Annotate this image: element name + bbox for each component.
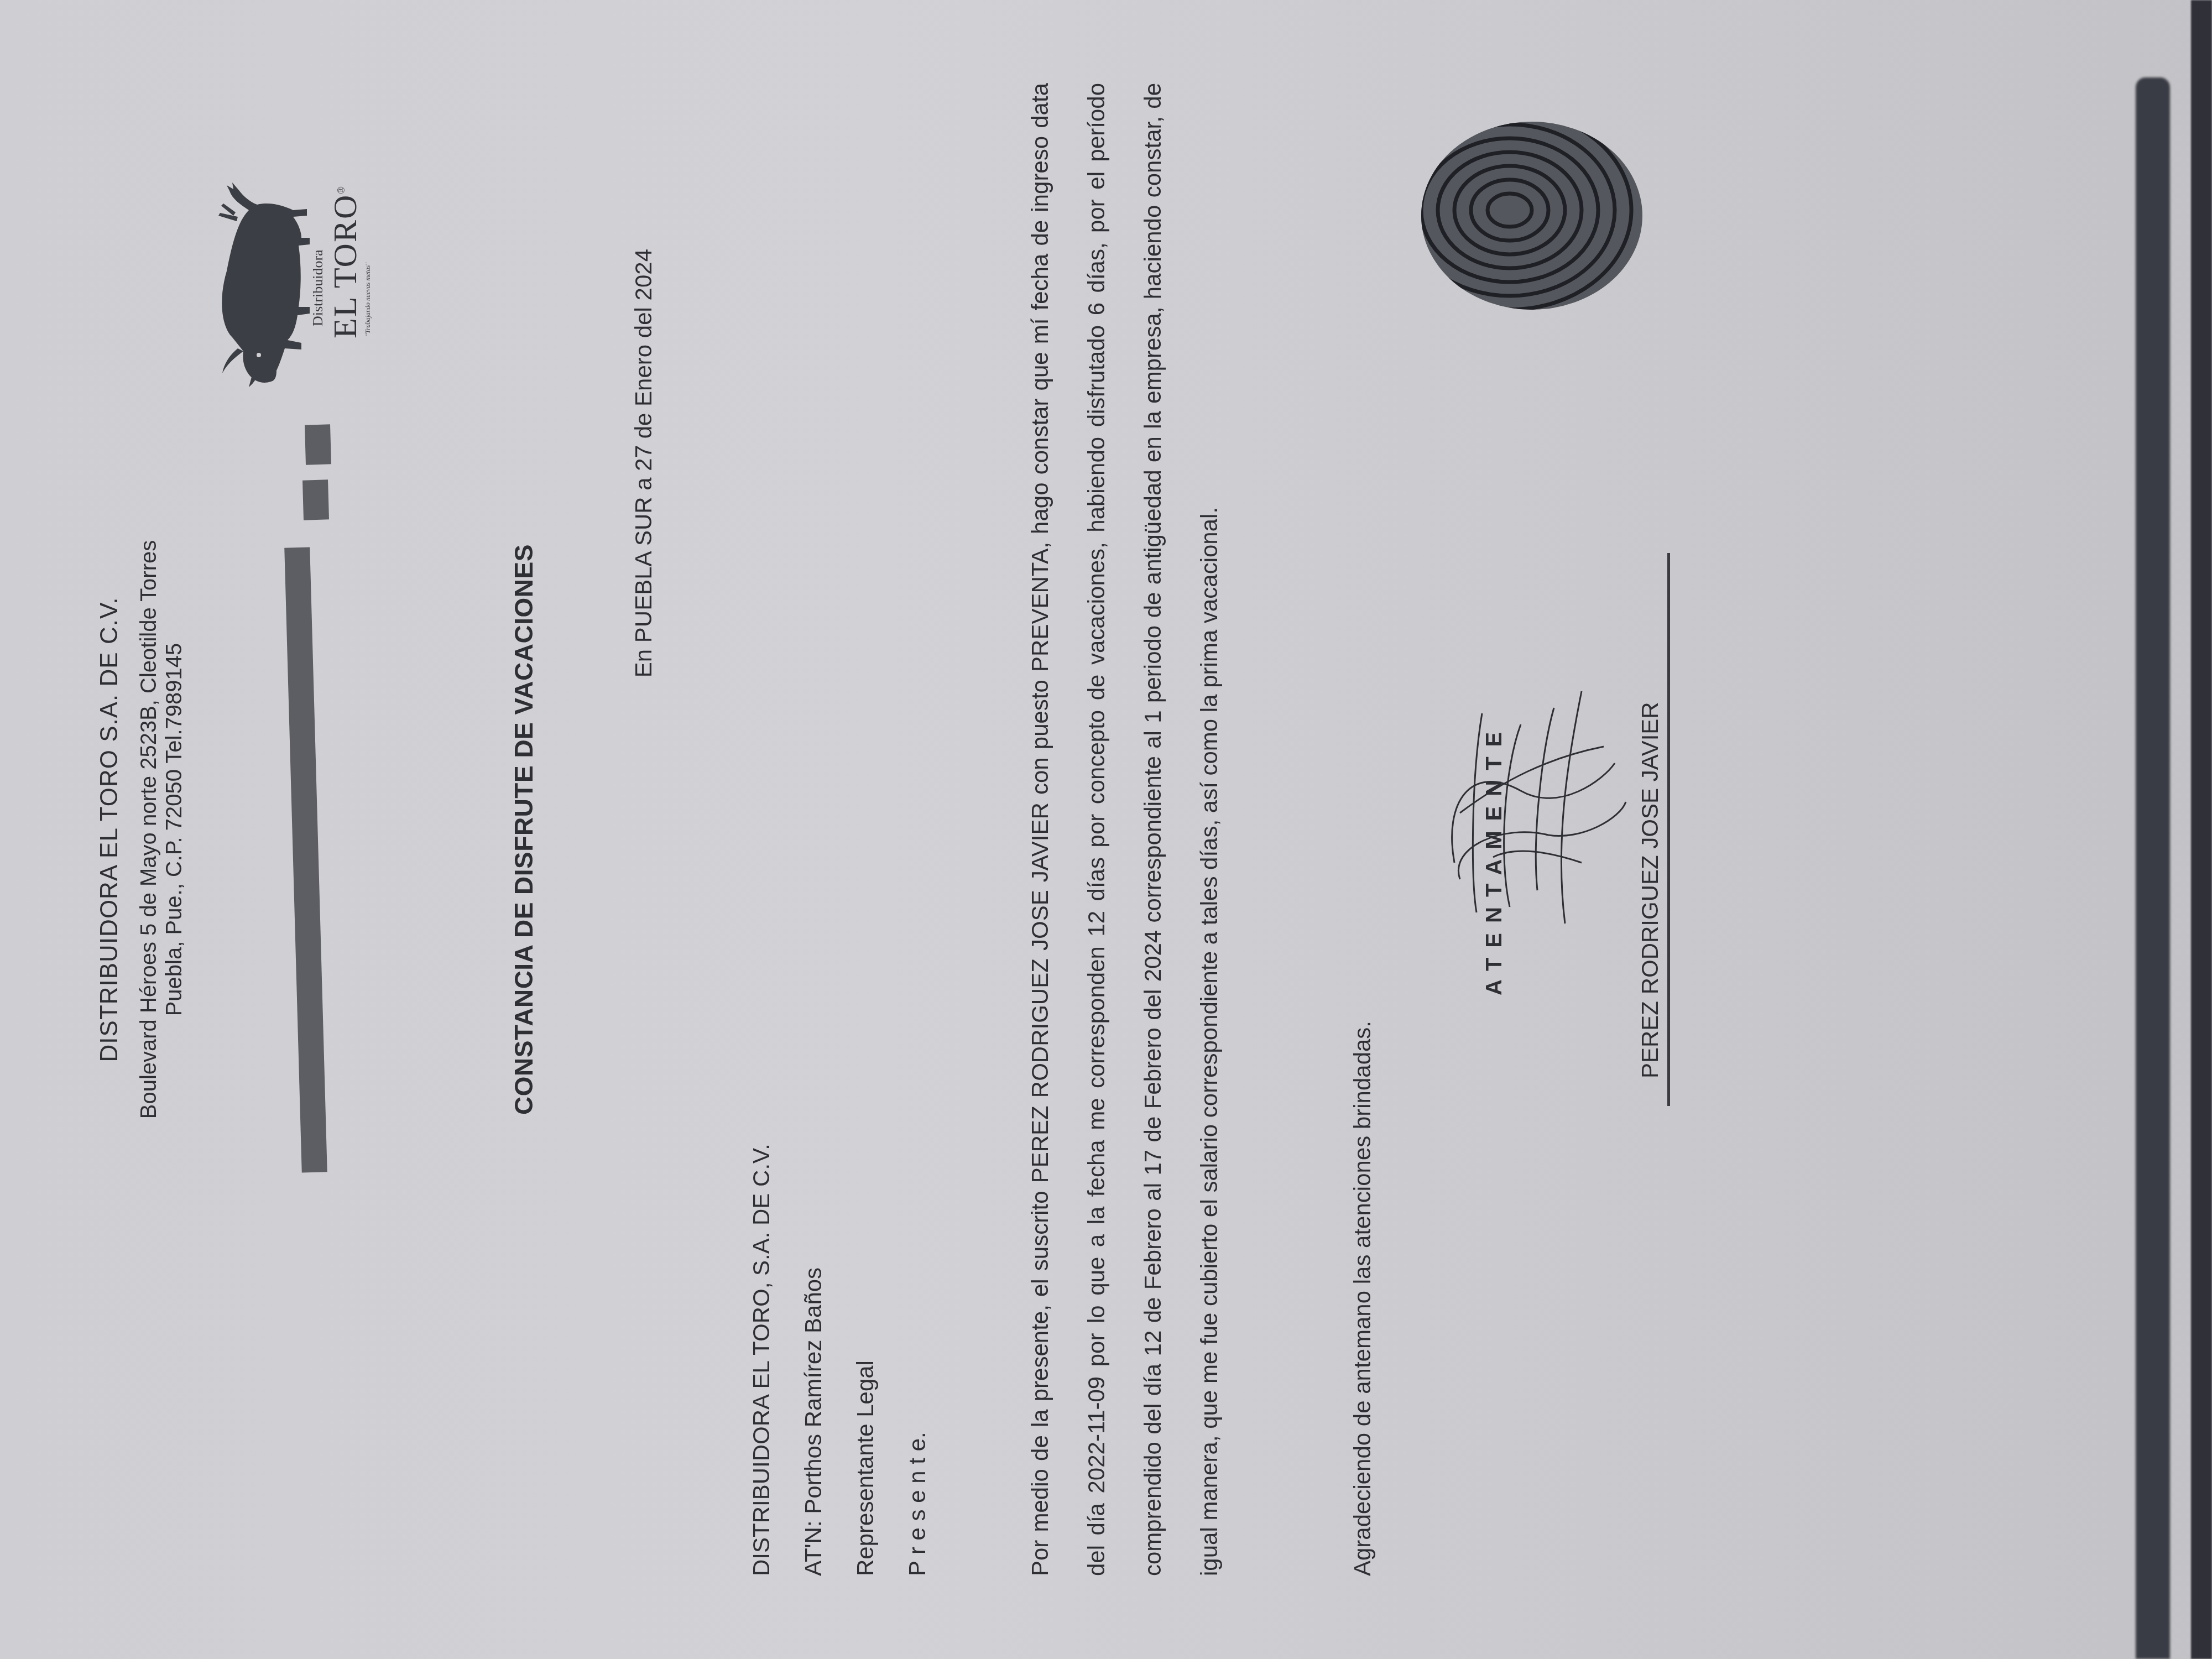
signature-line: [1667, 553, 1670, 1106]
company-address-line2: Puebla, Pue., C.P. 72050 Tel.7989145: [161, 0, 187, 1659]
header-stripe-segment: [302, 479, 329, 520]
paper-edge-band: [2136, 77, 2170, 1659]
background-edge: [2191, 0, 2212, 1659]
document-title: CONSTANCIA DE DISFRUTE DE VACACIONES: [509, 0, 539, 1659]
bull-icon: [188, 171, 321, 404]
company-address-line1: Boulevard Héroes 5 de Mayo norte 2523B, …: [136, 0, 161, 1659]
header-stripe-segment: [305, 424, 331, 465]
closing-text: Agradeciendo de antemano las atenciones …: [1349, 1021, 1376, 1576]
company-logo: Distribuidora EL TORO® "Trabajando nueva…: [188, 171, 409, 404]
recipient-role: Representante Legal: [839, 1144, 891, 1576]
company-name: DISTRIBUIDORA EL TORO S.A. DE C.V.: [94, 0, 125, 1659]
recipient-block: DISTRIBUIDORA EL TORO, S.A. DE C.V. AT'N…: [735, 1144, 943, 1576]
logo-tagline: "Trabajando nuevas metas": [364, 263, 372, 336]
logo-name: EL TORO®: [326, 185, 364, 338]
fingerprint-icon: [1416, 94, 1648, 337]
recipient-greeting: P r e s e n t e.: [891, 1144, 943, 1576]
logo-name-text: EL TORO: [327, 194, 363, 338]
recipient-attention: AT'N: Porthos Ramírez Baños: [787, 1144, 839, 1576]
signer-name: PEREZ RODRIGUEZ JOSE JAVIER: [1637, 702, 1663, 1078]
body-paragraph: Por medio de la presente, el suscrito PE…: [1012, 83, 1238, 1576]
place-date: En PUEBLA SUR a 27 de Enero del 2024: [630, 249, 657, 677]
logo-prefix: Distribuidora: [310, 249, 326, 326]
handwritten-signature-icon: [1438, 680, 1637, 946]
trademark-symbol: ®: [336, 185, 347, 194]
letter-page: DISTRIBUIDORA EL TORO S.A. DE C.V. Boule…: [0, 0, 2090, 1659]
document-photo: DISTRIBUIDORA EL TORO S.A. DE C.V. Boule…: [0, 0, 2212, 1659]
header-stripe: [284, 547, 327, 1173]
recipient-company: DISTRIBUIDORA EL TORO, S.A. DE C.V.: [735, 1144, 787, 1576]
letterhead: DISTRIBUIDORA EL TORO S.A. DE C.V. Boule…: [94, 0, 187, 1659]
